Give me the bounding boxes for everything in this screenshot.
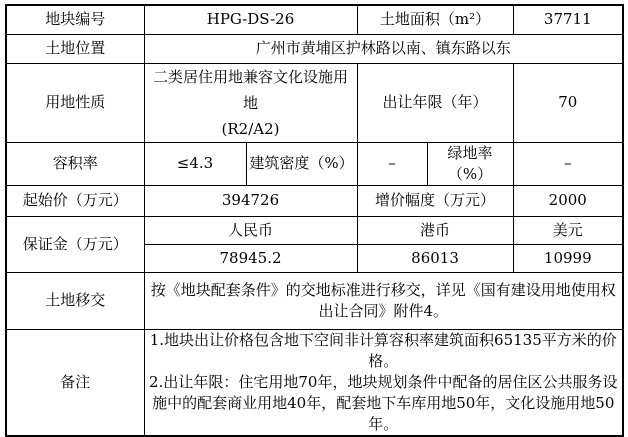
currency-usd-label: 美元 xyxy=(513,216,623,244)
table-row-plot-number: 地块编号 HPG-DS-26 土地面积（m²） 37711 xyxy=(6,5,623,34)
table-row-handover: 土地移交 按《地块配套条件》的交地标准进行移交，详见《国有建设用地使用权出让合同… xyxy=(6,272,623,329)
land-area-value: 37711 xyxy=(513,5,623,34)
green-ratio-value: – xyxy=(513,142,623,185)
increment-label: 增价幅度（万元） xyxy=(357,185,513,216)
deposit-label: 保证金（万元） xyxy=(6,216,144,272)
land-location-label: 土地位置 xyxy=(6,34,144,63)
table-row-location: 土地位置 广州市黄埔区护林路以南、镇东路以东 xyxy=(6,34,623,63)
land-use-code: (R2/A2) xyxy=(147,116,355,142)
land-handover-value: 按《地块配套条件》的交地标准进行移交，详见《国有建设用地使用权出让合同》附件4。 xyxy=(144,272,623,329)
plot-number-label: 地块编号 xyxy=(6,5,144,34)
table-row-remarks: 备注 1.地块出让价格包含地下空间非计算容积率建筑面积65135平方米的价格。 … xyxy=(6,329,623,436)
deposit-hkd-value: 86013 xyxy=(357,244,513,272)
starting-price-value: 394726 xyxy=(144,185,357,216)
plot-ratio-label: 容积率 xyxy=(6,142,144,185)
deposit-rmb-value: 78945.2 xyxy=(144,244,357,272)
remarks-value: 1.地块出让价格包含地下空间非计算容积率建筑面积65135平方米的价格。 2.出… xyxy=(144,329,623,436)
starting-price-label: 起始价（万元） xyxy=(6,185,144,216)
land-handover-label: 土地移交 xyxy=(6,272,144,329)
remarks-note-1: 1.地块出让价格包含地下空间非计算容积率建筑面积65135平方米的价格。 xyxy=(147,330,621,372)
land-use-line1: 二类居住用地兼容文化设施用地 xyxy=(147,64,355,116)
land-parcel-table: 地块编号 HPG-DS-26 土地面积（m²） 37711 土地位置 广州市黄埔… xyxy=(5,4,624,437)
table-row-deposit-currencies: 保证金（万元） 人民币 港币 美元 xyxy=(6,216,623,244)
table-row-ratios: 容积率 ≤4.3 建筑密度（%） – 绿地率（%） – xyxy=(6,142,623,185)
transfer-term-label: 出让年限（年） xyxy=(357,63,513,142)
land-location-value: 广州市黄埔区护林路以南、镇东路以东 xyxy=(144,34,623,63)
building-density-value: – xyxy=(357,142,427,185)
land-area-label: 土地面积（m²） xyxy=(357,5,513,34)
building-density-label: 建筑密度（%） xyxy=(246,142,357,185)
table-row-price: 起始价（万元） 394726 增价幅度（万元） 2000 xyxy=(6,185,623,216)
deposit-usd-value: 10999 xyxy=(513,244,623,272)
currency-hkd-label: 港币 xyxy=(357,216,513,244)
plot-ratio-value: ≤4.3 xyxy=(144,142,246,185)
table-row-land-use: 用地性质 二类居住用地兼容文化设施用地 (R2/A2) 出让年限（年） 70 xyxy=(6,63,623,142)
plot-number-value: HPG-DS-26 xyxy=(144,5,357,34)
land-use-label: 用地性质 xyxy=(6,63,144,142)
transfer-term-value: 70 xyxy=(513,63,623,142)
remarks-note-2: 2.出让年限：住宅用地70年，地块规划条件中配备的居住区公共服务设施中的配套商业… xyxy=(147,372,621,435)
green-ratio-label: 绿地率（%） xyxy=(427,142,513,185)
remarks-label: 备注 xyxy=(6,329,144,436)
increment-value: 2000 xyxy=(513,185,623,216)
land-use-value: 二类居住用地兼容文化设施用地 (R2/A2) xyxy=(144,63,357,142)
currency-rmb-label: 人民币 xyxy=(144,216,357,244)
